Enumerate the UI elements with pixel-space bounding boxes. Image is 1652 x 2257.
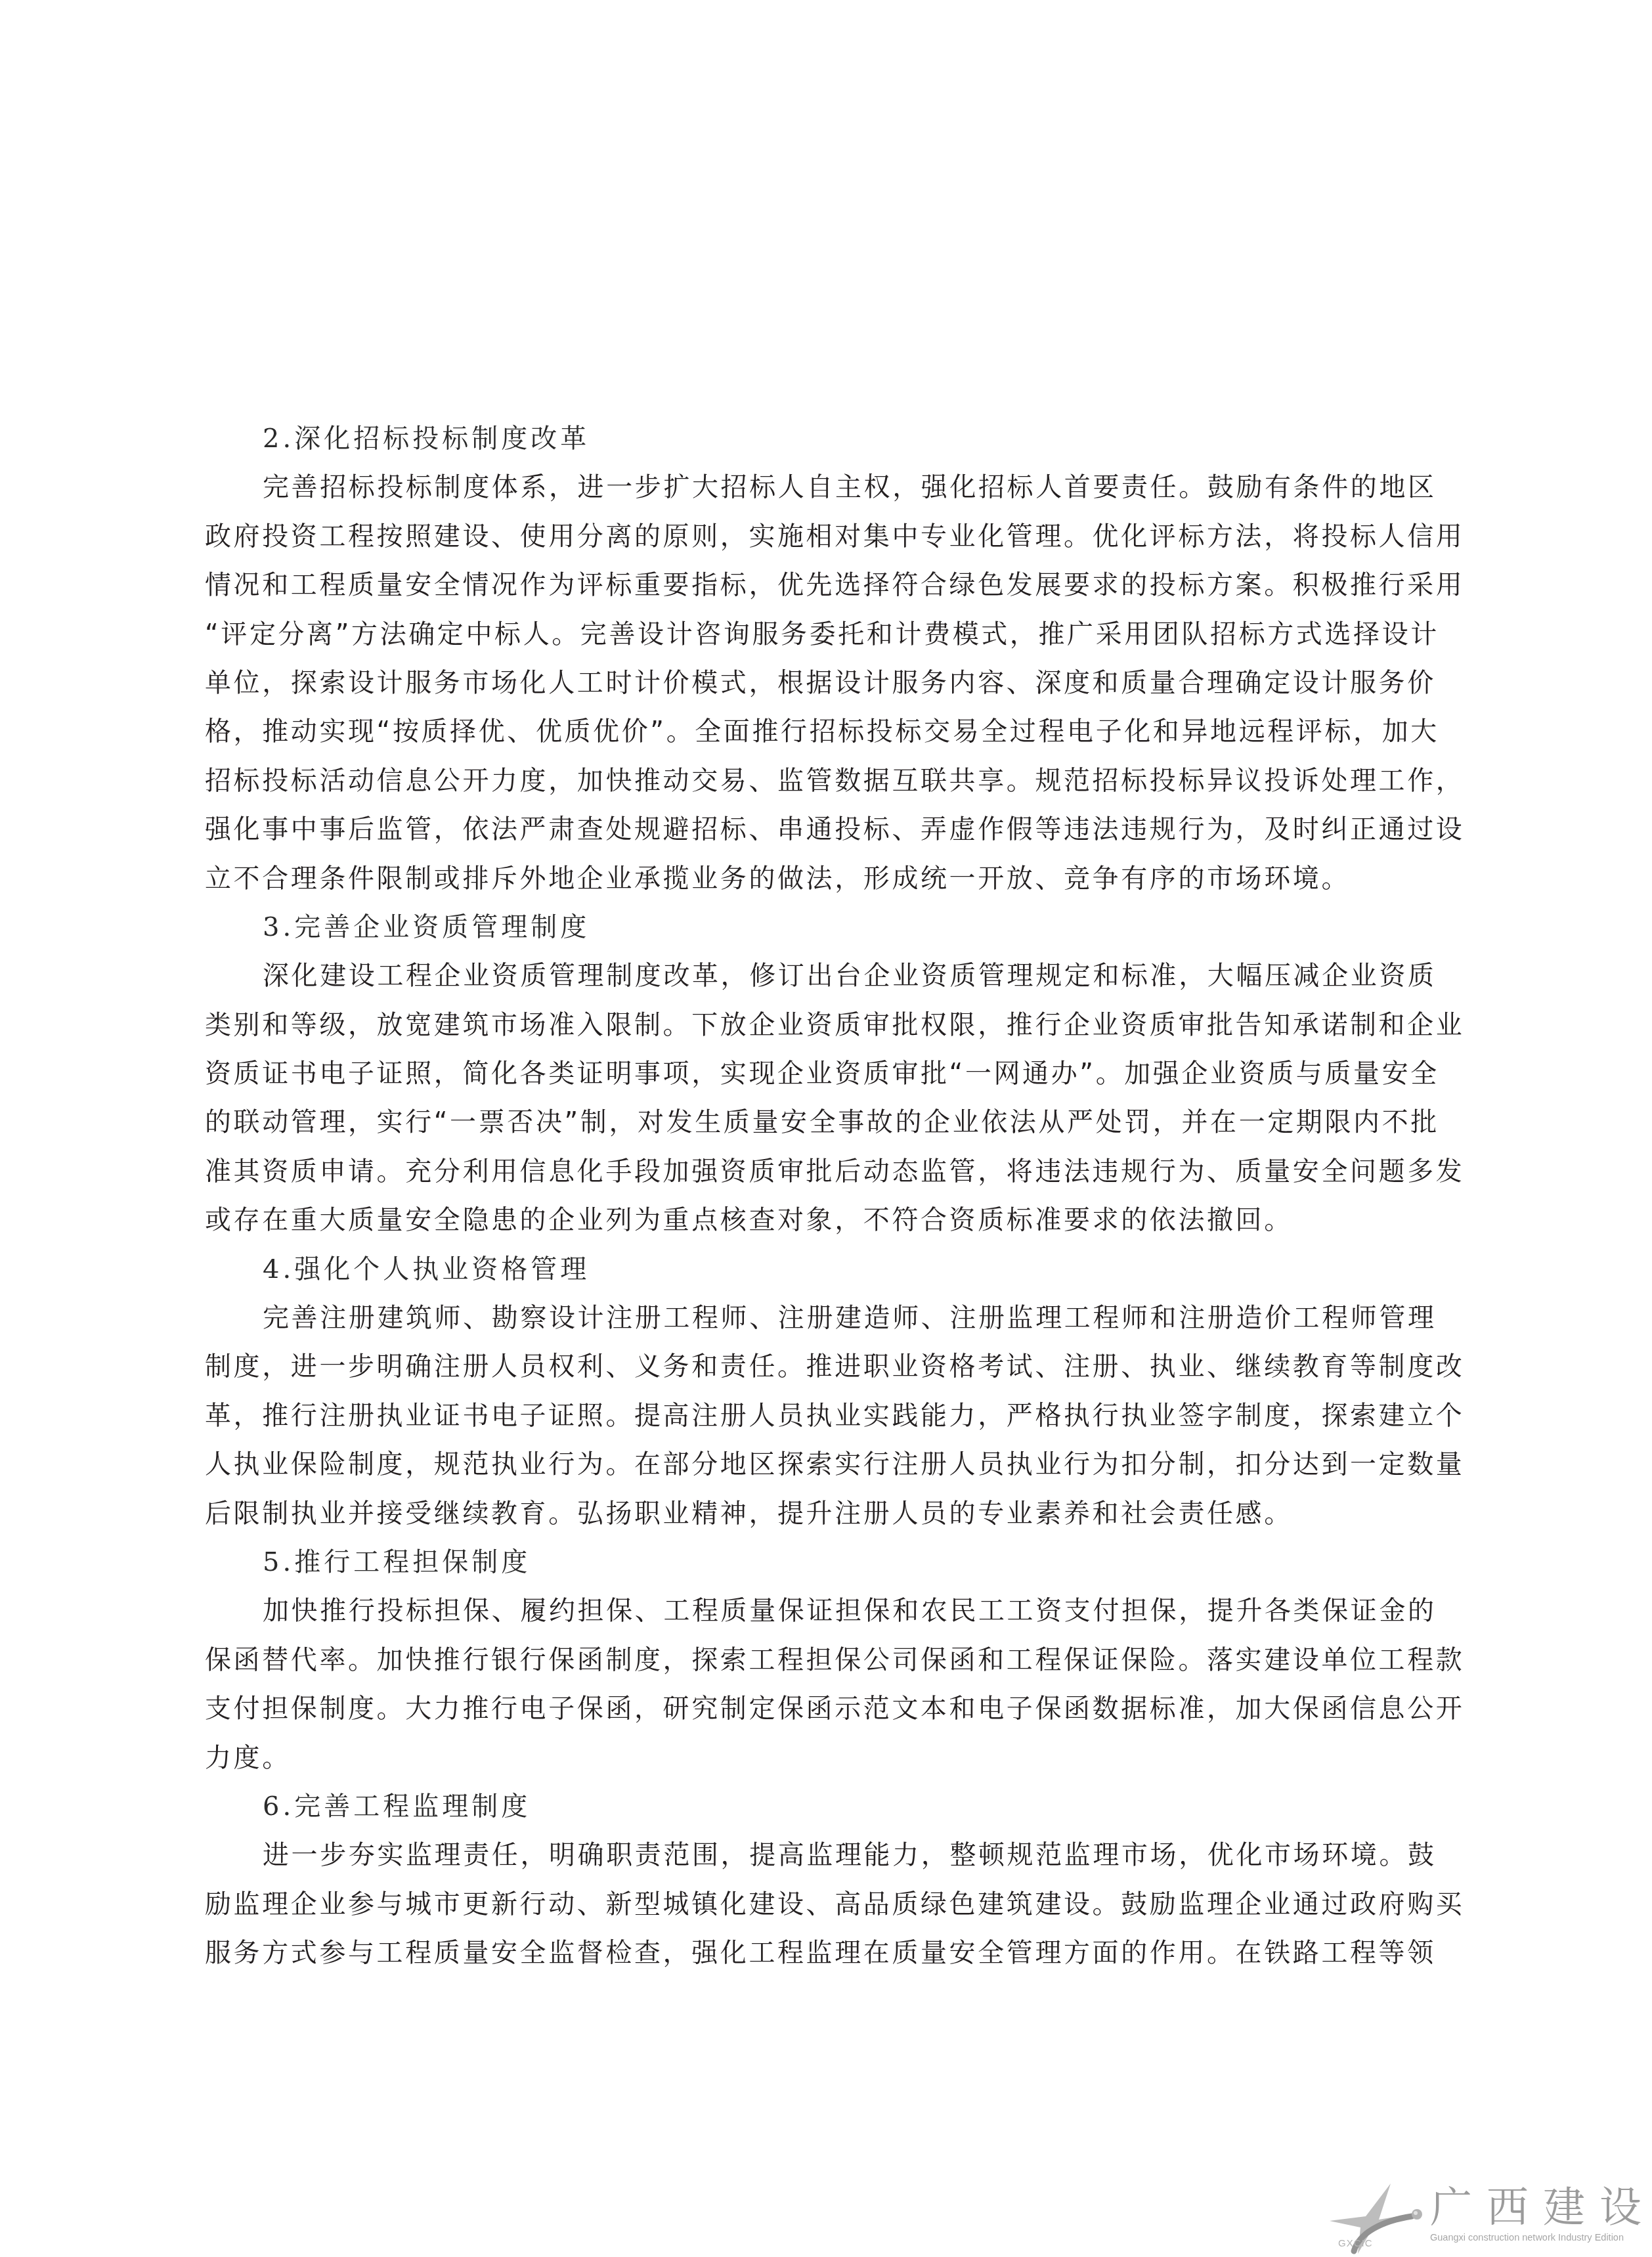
paragraph-line: 人执业保险制度，规范执业行为。在部分地区探索实行注册人员执业行为扣分制，扣分达到… bbox=[205, 1440, 1410, 1489]
paragraph-line: 服务方式参与工程质量安全监督检查，强化工程监理在质量安全管理方面的作用。在铁路工… bbox=[205, 1929, 1410, 1977]
paragraph-line: 招标投标活动信息公开力度，加快推动交易、监管数据互联共享。规范招标投标异议投诉处… bbox=[205, 756, 1410, 805]
paragraph-line: 强化事中事后监管，依法严肃查处规避招标、串通投标、弄虚作假等违法违规行为，及时纠… bbox=[205, 805, 1410, 854]
section-heading: 2.深化招标投标制度改革 bbox=[205, 414, 1410, 463]
paragraph-line: 支付担保制度。大力推行电子保函，研究制定保函示范文本和电子保函数据标准，加大保函… bbox=[205, 1684, 1410, 1733]
paragraph-line: 准其资质申请。充分利用信息化手段加强资质审批后动态监管，将违法违规行为、质量安全… bbox=[205, 1147, 1410, 1196]
paragraph-line: 资质证书电子证照，简化各类证明事项，实现企业资质审批“一网通办”。加强企业资质与… bbox=[205, 1049, 1410, 1098]
paragraph-line: 革，推行注册执业证书电子证照。提高注册人员执业实践能力，严格执行执业签字制度，探… bbox=[205, 1391, 1410, 1440]
section-heading: 6.完善工程监理制度 bbox=[205, 1782, 1410, 1831]
paragraph-line: 深化建设工程企业资质管理制度改革，修订出台企业资质管理规定和标准，大幅压减企业资… bbox=[205, 952, 1410, 1000]
section-heading: 3.完善企业资质管理制度 bbox=[205, 903, 1410, 952]
document-page: 2.深化招标投标制度改革 完善招标投标制度体系，进一步扩大招标人自主权，强化招标… bbox=[0, 0, 1652, 2257]
paragraph-line: 励监理企业参与城市更新行动、新型城镇化建设、高品质绿色建筑建设。鼓励监理企业通过… bbox=[205, 1880, 1410, 1929]
paragraph-line: 立不合理条件限制或排斥外地企业承揽业务的做法，形成统一开放、竞争有序的市场环境。 bbox=[205, 854, 1410, 903]
watermark-subtitle: Guangxi construction network Industry Ed… bbox=[1430, 2233, 1624, 2243]
paragraph-line: 进一步夯实监理责任，明确职责范围，提高监理能力，整顿规范监理市场，优化市场环境。… bbox=[205, 1831, 1410, 1879]
paragraph-line: 类别和等级，放宽建筑市场准入限制。下放企业资质审批权限，推行企业资质审批告知承诺… bbox=[205, 1001, 1410, 1049]
paragraph-line: 后限制执业并接受继续教育。弘扬职业精神，提升注册人员的专业素养和社会责任感。 bbox=[205, 1489, 1410, 1538]
paragraph-line: “评定分离”方法确定中标人。完善设计咨询服务委托和计费模式，推广采用团队招标方式… bbox=[205, 610, 1410, 659]
paragraph-line: 格，推动实现“按质择优、优质优价”。全面推行招标投标交易全过程电子化和异地远程评… bbox=[205, 707, 1410, 756]
paragraph-line: 完善招标投标制度体系，进一步扩大招标人自主权，强化招标人首要责任。鼓励有条件的地… bbox=[205, 463, 1410, 512]
section-heading: 5.推行工程担保制度 bbox=[205, 1538, 1410, 1587]
document-body: 2.深化招标投标制度改革 完善招标投标制度体系，进一步扩大招标人自主权，强化招标… bbox=[205, 414, 1410, 1978]
paragraph-line: 制度，进一步明确注册人员权利、义务和责任。推进职业资格考试、注册、执业、继续教育… bbox=[205, 1342, 1410, 1391]
paragraph-line: 的联动管理，实行“一票否决”制，对发生质量安全事故的企业依法从严处罚，并在一定期… bbox=[205, 1098, 1410, 1147]
paragraph-line: 情况和工程质量安全情况作为评标重要指标，优先选择符合绿色发展要求的投标方案。积极… bbox=[205, 561, 1410, 609]
paragraph-line: 加快推行投标担保、履约担保、工程质量保证担保和农民工工资支付担保，提升各类保证金… bbox=[205, 1587, 1410, 1635]
site-watermark: GXCIC 广西建设网 Guangxi construction network… bbox=[1313, 2160, 1652, 2257]
watermark-title: 广西建设网 bbox=[1430, 2174, 1652, 2234]
paragraph-line: 政府投资工程按照建设、使用分离的原则，实施相对集中专业化管理。优化评标方法，将投… bbox=[205, 512, 1410, 561]
paragraph-line: 或存在重大质量安全隐患的企业列为重点核查对象，不符合资质标准要求的依法撤回。 bbox=[205, 1196, 1410, 1244]
paragraph-line: 单位，探索设计服务市场化人工时计价模式，根据设计服务内容、深度和质量合理确定设计… bbox=[205, 659, 1410, 707]
paragraph-line: 力度。 bbox=[205, 1734, 1410, 1782]
logo-code: GXCIC bbox=[1338, 2238, 1373, 2249]
section-heading: 4.强化个人执业资格管理 bbox=[205, 1245, 1410, 1294]
paragraph-line: 完善注册建筑师、勘察设计注册工程师、注册建造师、注册监理工程师和注册造价工程师管… bbox=[205, 1294, 1410, 1342]
paragraph-line: 保函替代率。加快推行银行保函制度，探索工程担保公司保函和工程保证保险。落实建设单… bbox=[205, 1636, 1410, 1684]
